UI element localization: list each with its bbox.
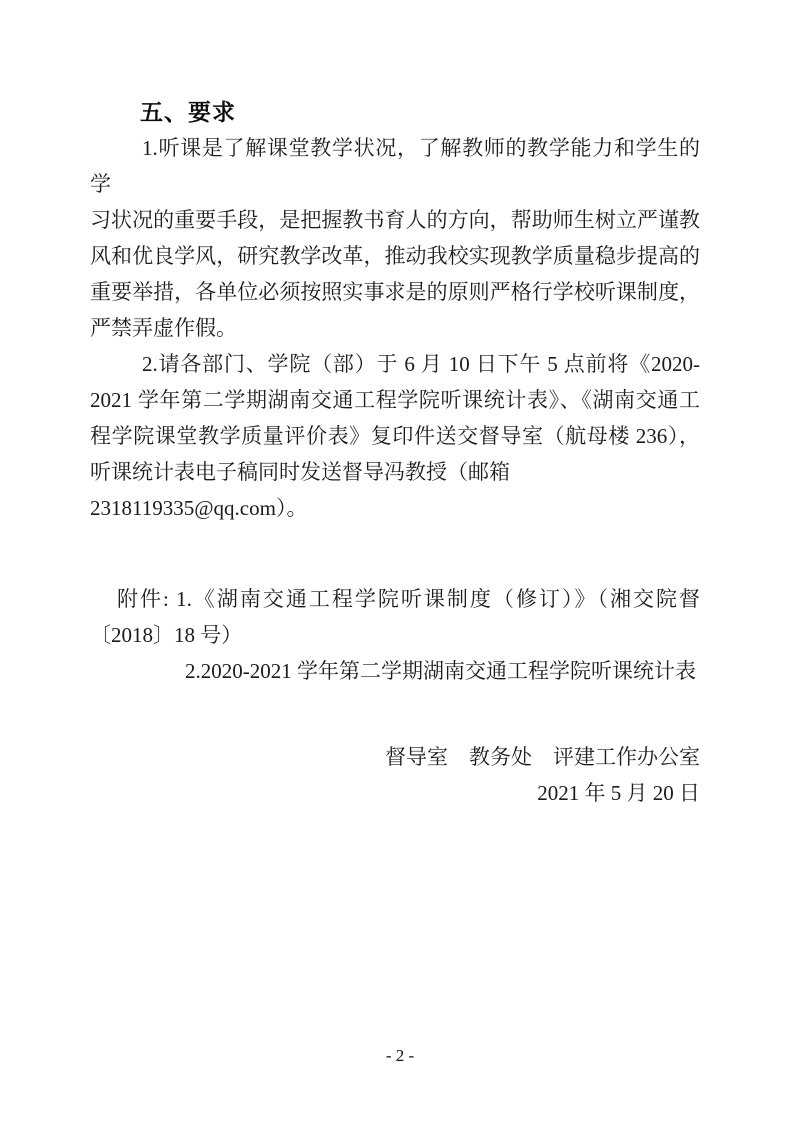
- attachment-line: 附件: 1.《湖南交通工程学院听课制度（修订）》（湘交院督: [90, 581, 700, 617]
- email-address-line: 2318119335@qq.com）。: [90, 490, 700, 526]
- text-line: 程学院课堂教学质量评价表》复印件送交督导室（航母楼 236），: [90, 418, 700, 454]
- section-heading: 五、要求: [90, 94, 700, 130]
- text-line: 习状况的重要手段，是把握教书育人的方向，帮助师生树立严谨教: [90, 202, 700, 238]
- text-line: 严禁弄虚作假。: [90, 310, 700, 346]
- document-body: 五、要求 1.听课是了解课堂教学状况，了解教师的教学能力和学生的学 习状况的重要…: [90, 94, 700, 811]
- attachment-line: 〔2018〕18 号）: [90, 617, 700, 653]
- page-footer: - 2 -: [0, 1045, 800, 1067]
- document-page: 五、要求 1.听课是了解课堂教学状况，了解教师的教学能力和学生的学 习状况的重要…: [0, 0, 800, 1130]
- text-line: 1.听课是了解课堂教学状况，了解教师的教学能力和学生的学: [90, 130, 700, 202]
- text-line: 听课统计表电子稿同时发送督导冯教授（邮箱: [90, 454, 700, 490]
- attachment-line: 2.2020-2021 学年第二学期湖南交通工程学院听课统计表: [90, 653, 700, 689]
- signature-departments: 督导室 教务处 评建工作办公室: [90, 739, 700, 775]
- text-line: 2021 学年第二学期湖南交通工程学院听课统计表》、《湖南交通工: [90, 382, 700, 418]
- paragraph-requirements-2: 2.请各部门、学院（部）于 6 月 10 日下午 5 点前将《2020- 202…: [90, 346, 700, 526]
- signature-block: 督导室 教务处 评建工作办公室 2021 年 5 月 20 日: [90, 739, 700, 811]
- text-line: 重要举措，各单位必须按照实事求是的原则严格行学校听课制度，: [90, 274, 700, 310]
- paragraph-requirements-1: 1.听课是了解课堂教学状况，了解教师的教学能力和学生的学 习状况的重要手段，是把…: [90, 130, 700, 346]
- attachment-block: 附件: 1.《湖南交通工程学院听课制度（修订）》（湘交院督 〔2018〕18 号…: [90, 581, 700, 689]
- page-number: - 2 -: [386, 1046, 414, 1065]
- signature-date: 2021 年 5 月 20 日: [90, 775, 700, 811]
- text-line: 风和优良学风，研究教学改革，推动我校实现教学质量稳步提高的: [90, 238, 700, 274]
- text-line: 2.请各部门、学院（部）于 6 月 10 日下午 5 点前将《2020-: [90, 346, 700, 382]
